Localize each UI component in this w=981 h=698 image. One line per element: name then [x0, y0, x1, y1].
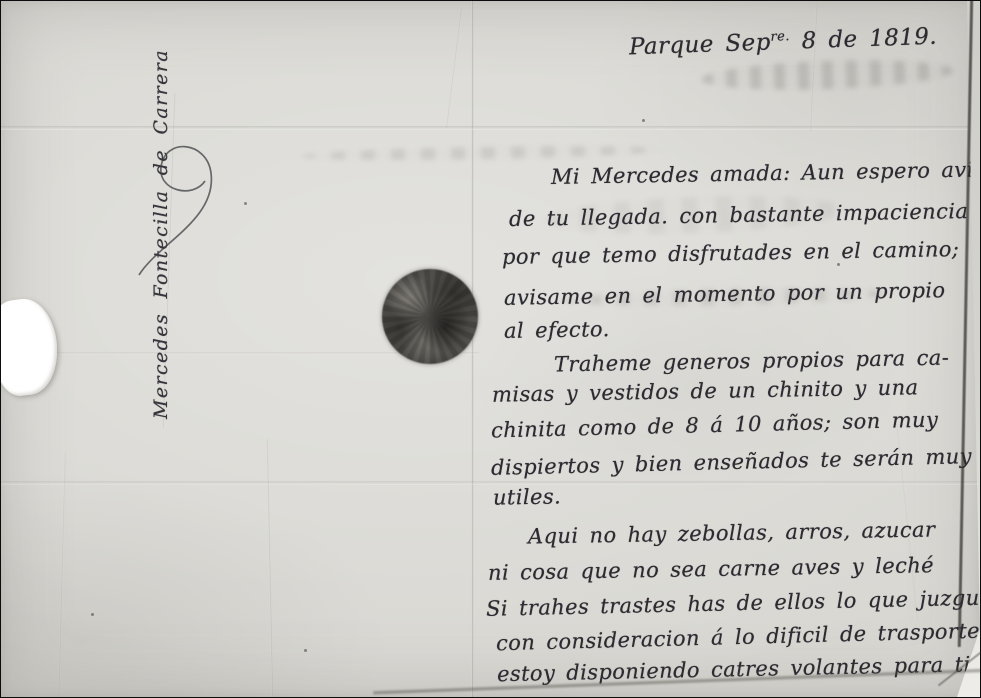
letter-line: Si trahes trastes has de ellos lo que ju… — [486, 585, 981, 621]
letter-line: chinita como de 8 á 10 años; son muy — [491, 408, 939, 443]
dateline-superscript: re. — [770, 29, 790, 45]
paper-speck — [642, 119, 645, 122]
letter-line: Traheme generos propios para ca- — [554, 346, 950, 377]
paper-speck — [837, 263, 840, 266]
letter-line: al efecto. — [504, 317, 610, 343]
paper-tear-hole — [0, 295, 63, 398]
letter-line: Mi Mercedes amada: Aun espero avisos — [551, 157, 981, 189]
scanned-letter-page: Mercedes Fontecilla de Carrera Parque Se… — [0, 0, 981, 698]
letter-line: misas y vestidos de un chinito y una — [492, 375, 919, 406]
paper-sheet: Mercedes Fontecilla de Carrera Parque Se… — [1, 1, 980, 697]
paper-speck — [304, 649, 307, 652]
paper-crease — [809, 0, 818, 131]
signature-flourish — [129, 133, 229, 283]
paper-speck — [91, 613, 94, 616]
paper-crease — [446, 7, 463, 128]
dateline-day-year: 8 de 1819. — [789, 24, 937, 55]
letter-line: ni cosa que no sea carne aves y leché — [488, 553, 934, 585]
letter-line: Aqui no hay zebollas, arros, azucar — [528, 517, 936, 548]
dateline: Parque Sepre. 8 de 1819. — [629, 24, 938, 61]
letter-line: dispiertos y bien enseñados te serán muy — [491, 444, 972, 480]
wax-seal — [382, 269, 478, 364]
letter-line: estoy disponiendo catres volantes para t… — [497, 652, 981, 686]
ink-bleedthrough-smudge — [701, 57, 954, 94]
paper-crease — [58, 453, 66, 698]
letter-line: por que temo disfrutades en el camino; — [502, 237, 960, 269]
letter-line: con consideracion á lo dificil de traspo… — [496, 619, 981, 656]
horizontal-fold-top — [1, 126, 981, 130]
ink-bleedthrough-smudge — [301, 144, 663, 162]
letter-line: de tu llegada. con bastante impaciencia — [509, 199, 969, 231]
vertical-center-fold — [471, 1, 474, 698]
horizontal-fold-bottom — [1, 481, 981, 485]
letter-line: utiles. — [493, 484, 561, 509]
paper-crease — [266, 439, 273, 698]
letter-line: avisame en el momento por un propio — [504, 278, 946, 310]
paper-speck — [244, 202, 247, 205]
dateline-place-month: Parque Sep — [629, 29, 772, 60]
